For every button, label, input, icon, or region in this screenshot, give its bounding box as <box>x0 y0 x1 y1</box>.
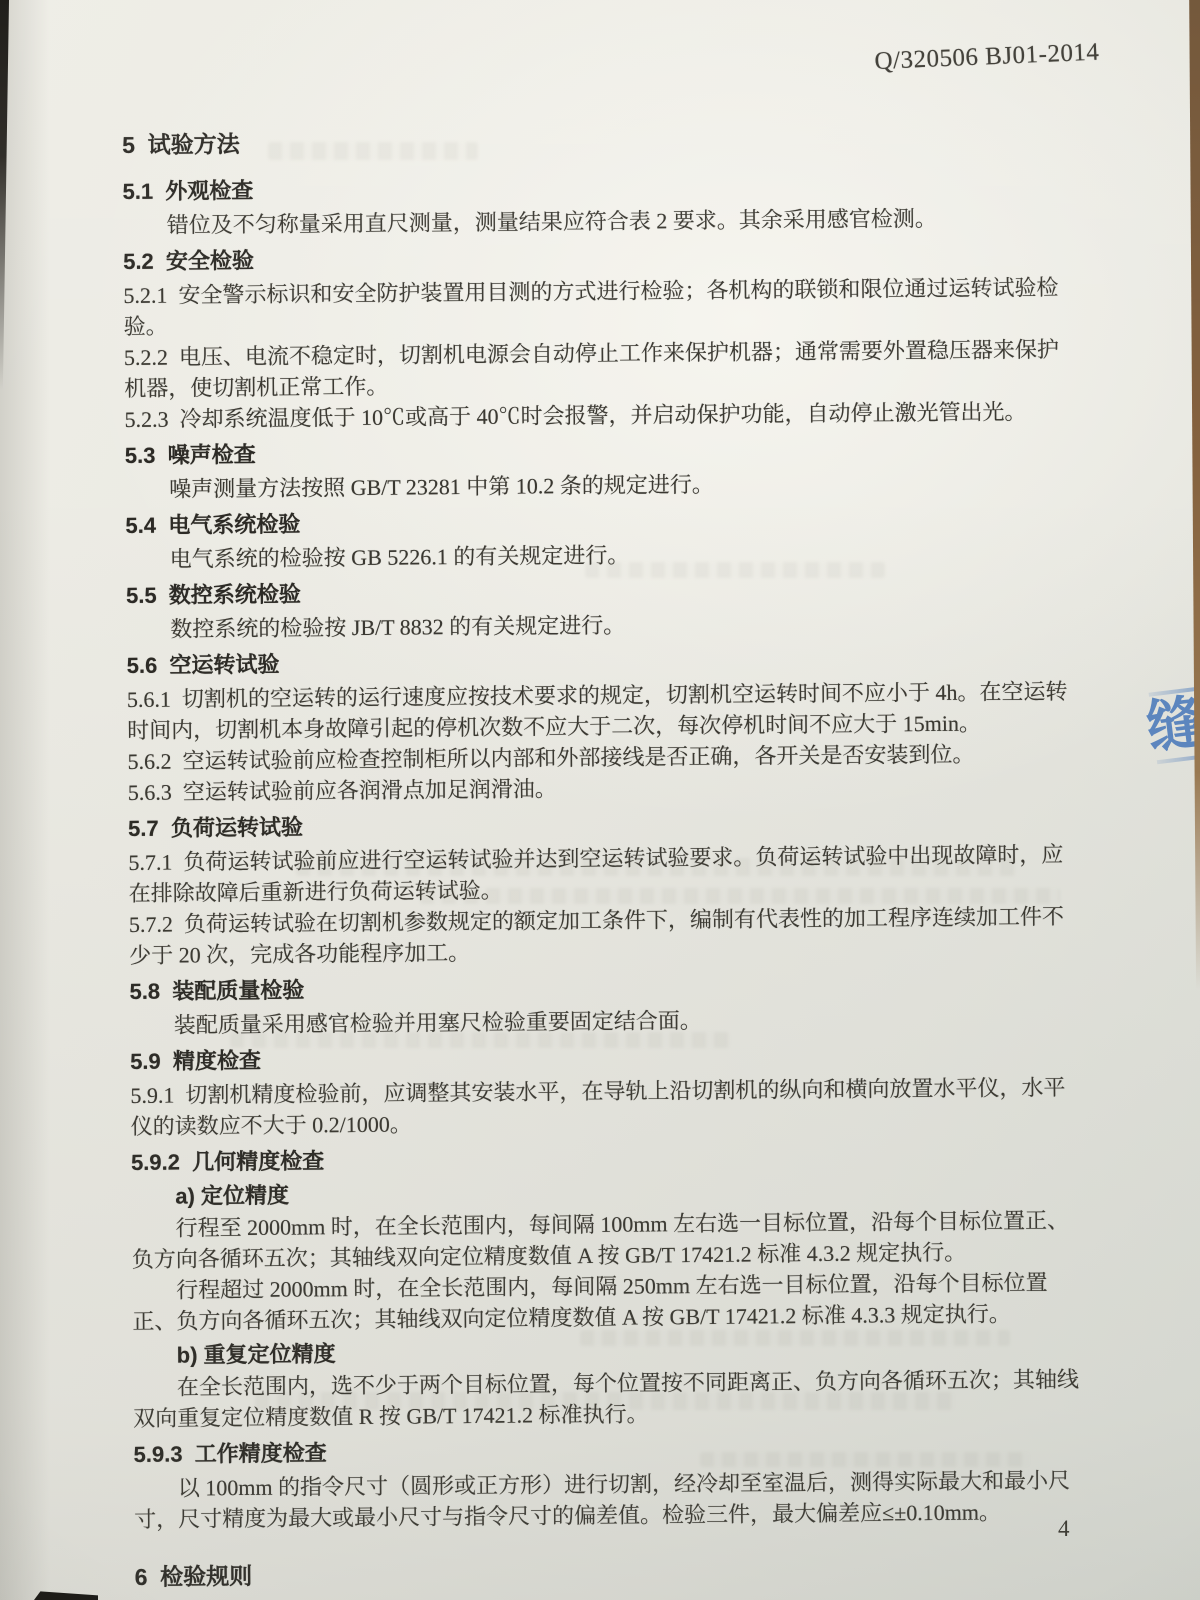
subsection-heading: 5.1 外观检查 <box>122 168 1068 207</box>
seam-stamp: 缝 <box>1133 684 1200 766</box>
paragraph: 噪声测量方法按照 GB/T 23281 中第 10.2 条的规定进行。 <box>125 466 1071 505</box>
clause: 5.2.1 安全警示标识和安全防护装置用目测的方式进行检验；各机构的联锁和限位通… <box>123 272 1070 342</box>
subsection-heading: 5.9.2 几何精度检查 <box>131 1139 1077 1178</box>
subsection-heading: 5.2 安全检验 <box>123 238 1069 277</box>
subsection-heading: 5.6 空运转试验 <box>127 642 1073 681</box>
clause: 5.2.2 电压、电流不稳定时，切割机电源会自动停止工作来保护机器；通常需要外置… <box>124 334 1071 404</box>
subsection-heading: 5.7 负荷运转试验 <box>128 805 1074 844</box>
page-left-shadow <box>0 0 50 1600</box>
paragraph: 数控系统的检验按 JB/T 8832 的有关规定进行。 <box>126 606 1072 645</box>
seam-stamp-character: 缝 <box>1133 688 1200 762</box>
clause: 5.7.2 负荷运转试验在切割机参数规定的额定加工条件下，编制有代表性的加工程序… <box>129 901 1076 971</box>
subsection-heading: 5.8 装配质量检验 <box>129 968 1075 1007</box>
subsection-heading: 5.3 噪声检查 <box>125 432 1071 471</box>
subsection-heading: 5.5 数控系统检验 <box>126 572 1072 611</box>
document-body: 5 试验方法5.1 外观检查错位及不匀称量采用直尺测量，测量结果应符合表 2 要… <box>122 122 1081 1593</box>
paragraph: 以 100mm 的指令尺寸（圆形或正方形）进行切割，经冷却至室温后，测得实际最大… <box>134 1465 1081 1535</box>
paragraph: 在全长范围内，选不少于两个目标位置，每个位置按不同距离正、负方向各循环五次；其轴… <box>133 1364 1080 1434</box>
subsection-heading: 5.9.3 工作精度检查 <box>133 1431 1079 1470</box>
paragraph: 错位及不匀称量采用直尺测量，测量结果应符合表 2 要求。其余采用感官检测。 <box>123 202 1069 241</box>
paragraph: 行程至 2000mm 时，在全长范围内，每间隔 100mm 左右选一目标位置，沿… <box>131 1205 1078 1275</box>
clause: 5.7.1 负荷运转试验前应进行空运转试验并达到空运转试验要求。负荷运转试验中出… <box>128 839 1075 909</box>
paragraph: 装配质量采用感官检验并用塞尺检验重要固定结合面。 <box>130 1002 1076 1041</box>
page-number: 4 <box>1058 1516 1070 1542</box>
subsection-heading: 5.4 电气系统检验 <box>125 502 1071 541</box>
paragraph: 电气系统的检验按 GB 5226.1 的有关规定进行。 <box>126 536 1072 575</box>
subsection-heading: 5.9 精度检查 <box>130 1038 1076 1077</box>
clause: 5.9.1 切割机精度检验前，应调整其安装水平，在导轨上沿切割机的纵向和横向放置… <box>130 1072 1077 1142</box>
clause: 5.6.1 切割机的空运转的运行速度应按技术要求的规定，切割机空运转时间不应小于… <box>127 676 1074 746</box>
paragraph: 行程超过 2000mm 时，在全长范围内，每间隔 250mm 左右选一目标位置，… <box>132 1267 1079 1337</box>
